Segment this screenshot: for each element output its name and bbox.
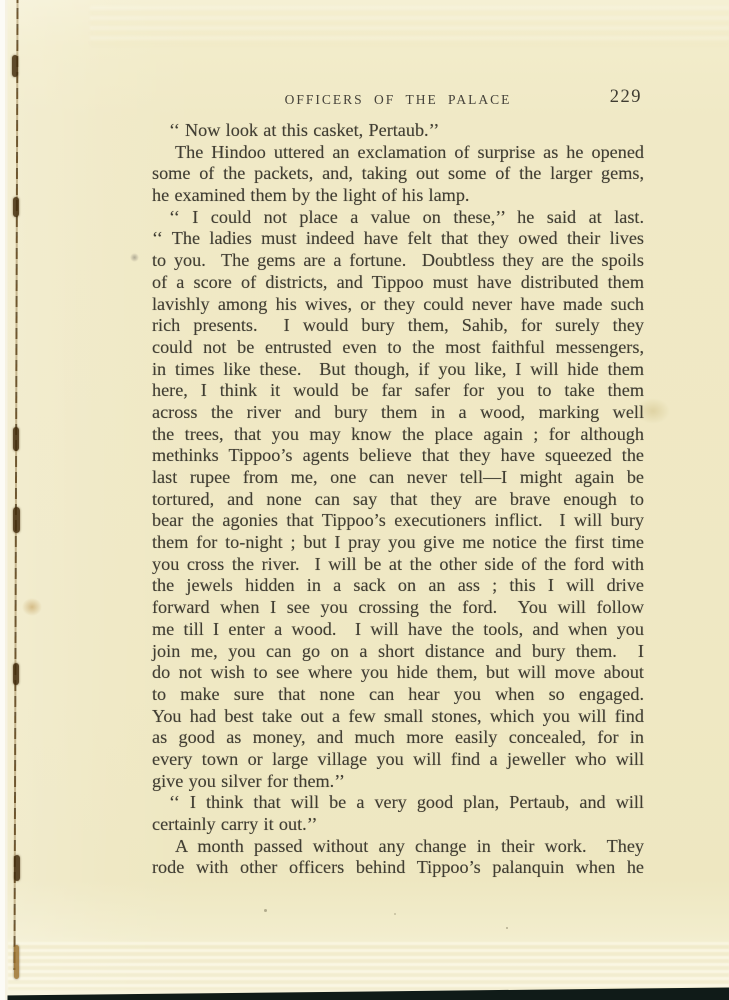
text-line: the trees, that you may know the place a… [152, 424, 644, 446]
page-body: ‘‘ Now look at this casket, Pertaub.’’ T… [152, 120, 644, 879]
running-header: OFFICERS OF THE PALACE 229 [152, 90, 644, 110]
text-line: as good as money, and much more easily c… [152, 727, 644, 749]
text-line: you cross the river. I will be at the ot… [152, 554, 644, 576]
page-edge-stack [8, 942, 729, 990]
thread-knot [13, 663, 19, 685]
header-title: OFFICERS OF THE PALACE [152, 92, 644, 108]
text-line: ‘‘ I think that will be a very good plan… [152, 792, 644, 814]
text-line: certainly carry it out.’’ [152, 814, 644, 836]
text-line: last rupee from me, one can never tell—I… [152, 467, 644, 489]
text-line: ‘‘ The ladies must indeed have felt that… [152, 228, 644, 250]
thread-knot [14, 855, 20, 881]
text-line: of a score of districts, and Tippoo must… [152, 272, 644, 294]
text-line: bear the agonies that Tippoo’s execution… [152, 510, 644, 532]
text-line: lavishly among his wives, or they could … [152, 294, 644, 316]
text-line: to you. The gems are a fortune. Doubtles… [152, 250, 644, 272]
text-line: The Hindoo uttered an exclamation of sur… [152, 142, 644, 164]
thread-knot [13, 427, 19, 451]
text-line: them for to-night ; but I pray you give … [152, 532, 644, 554]
text-line: me till I enter a wood. I will have the … [152, 619, 644, 641]
thread-knot [13, 197, 19, 217]
binding-thread [13, 0, 18, 970]
speck [264, 909, 267, 912]
text-line: tortured, and none can say that they are… [152, 489, 644, 511]
text-line: join me, you can go on a short distance … [152, 641, 644, 663]
page-number: 229 [610, 87, 642, 108]
text-line: could not be entrusted even to the most … [152, 337, 644, 359]
smudge [130, 253, 139, 262]
text-line: he examined them by the light of his lam… [152, 185, 644, 207]
text-line: forward when I see you crossing the ford… [152, 597, 644, 619]
text-line: ‘‘ Now look at this casket, Pertaub.’’ [152, 120, 644, 142]
stain [22, 598, 42, 616]
page-gutter-white-edge [0, 0, 8, 1000]
text-line: methinks Tippoo’s agents believe that th… [152, 445, 644, 467]
text-line: give you silver for them.’’ [152, 771, 644, 793]
scan-top-banding [90, 6, 729, 46]
text-line: ‘‘ I could not place a value on these,’’… [152, 207, 644, 229]
speck [506, 927, 508, 929]
text-line: rich presents. I would bury them, Sahib,… [152, 315, 644, 337]
text-line: here, I think it would be far safer for … [152, 380, 644, 402]
thread-knot [12, 55, 18, 77]
text-line: across the river and bury them in a wood… [152, 402, 644, 424]
speck [394, 913, 396, 915]
text-line: do not wish to see where you hide them, … [152, 662, 644, 684]
text-line: to make sure that none can hear you when… [152, 684, 644, 706]
thread-knot [14, 945, 19, 979]
thread-knot [13, 507, 20, 533]
text-line: in times like these. But though, if you … [152, 359, 644, 381]
text-line: rode with other officers behind Tippoo’s… [152, 857, 644, 879]
text-line: the jewels hidden in a sack on an ass ; … [152, 575, 644, 597]
text-line: You had best take out a few small stones… [152, 706, 644, 728]
text-line: some of the packets, and, taking out som… [152, 163, 644, 185]
text-line: A month passed without any change in the… [152, 836, 644, 858]
text-line: every town or large village you will fin… [152, 749, 644, 771]
book-page-scan: OFFICERS OF THE PALACE 229 ‘‘ Now look a… [0, 0, 729, 1000]
